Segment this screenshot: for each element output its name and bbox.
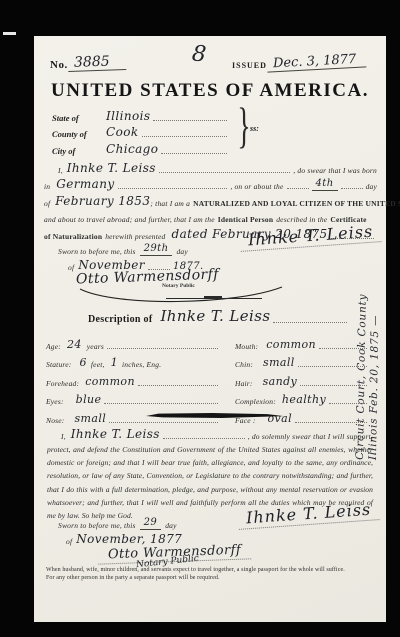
county-value-handwritten: Cook xyxy=(106,125,139,139)
complexion-row: Complexion: healthy xyxy=(235,388,370,407)
birth-day-handwritten: 4th xyxy=(312,178,338,191)
stature-feet-handwritten: 6 xyxy=(79,356,86,369)
dotted-rule xyxy=(118,186,228,189)
dotted-rule xyxy=(107,346,218,349)
dotted-rule xyxy=(138,383,218,386)
state-value-handwritten: Illinois xyxy=(106,109,150,123)
complexion-label: Complexion: xyxy=(235,397,276,406)
affidavit-line-2: in Germany , on or about the 4th day xyxy=(44,175,377,192)
day-label: day xyxy=(165,521,176,530)
chin-row: Chin: small xyxy=(235,351,370,370)
birthplace-handwritten: Germany xyxy=(56,177,114,191)
brace-glyph: } xyxy=(237,100,250,150)
state-row: State of Illinois xyxy=(52,106,230,123)
ss-label: ss: xyxy=(250,124,259,133)
day-label: day xyxy=(366,182,377,191)
dotted-rule xyxy=(153,118,227,121)
state-label: State of xyxy=(52,113,106,123)
feet-label: feet, xyxy=(91,360,105,369)
dotted-rule xyxy=(273,320,347,323)
i-comma: I, xyxy=(61,432,66,441)
age-label: Age: xyxy=(46,342,61,351)
dotted-rule xyxy=(341,186,363,189)
mouth-row: Mouth: common xyxy=(235,332,370,351)
stature-inches-handwritten: 1 xyxy=(111,356,118,369)
stature-label: Stature: xyxy=(46,360,71,369)
travel-clause: and about to travel abroad; and further,… xyxy=(44,215,215,224)
nose-label: Nose: xyxy=(46,416,65,425)
mouth-label: Mouth: xyxy=(235,342,258,351)
inches-label: inches, Eng. xyxy=(122,360,161,369)
jurisdiction-block: State of Illinois County of Cook City of… xyxy=(52,106,230,156)
affidavit-line-4: and about to travel abroad; and further,… xyxy=(44,208,377,225)
dotted-rule xyxy=(109,420,218,423)
forehead-value-handwritten: common xyxy=(85,375,135,388)
no-value-handwritten: 3885 xyxy=(67,53,125,72)
age-value-handwritten: 24 xyxy=(67,338,82,351)
county-label: County of xyxy=(52,129,106,139)
sworn-text: Sworn to before me, this xyxy=(58,521,136,530)
handwritten-paraph: 8 xyxy=(191,41,208,67)
identical-person-bold: Identical Person xyxy=(218,215,274,224)
applicant-signature-second: Ihnke T. Leiss xyxy=(236,504,382,525)
description-name-handwritten: Ihnke T. Leiss xyxy=(160,307,270,325)
sworn-line-1: Sworn to before me, this 29th day xyxy=(58,240,248,256)
face-value-handwritten: oval xyxy=(268,412,293,425)
oath-line-1: I, Ihnke T. Leiss , do solemnly swear th… xyxy=(47,426,373,441)
forehead-label: Forehead: xyxy=(46,379,79,388)
sworn-day-handwritten: 29 xyxy=(140,517,162,530)
sworn-line-1: Sworn to before me, this 29 day xyxy=(58,514,238,530)
hair-row: Hair: sandy xyxy=(235,369,370,388)
oath-first-clause: , do solemnly swear that I will support, xyxy=(248,432,373,441)
scan-artifact xyxy=(3,32,16,35)
stature-row: Stature: 6 feet, 1 inches, Eng. xyxy=(46,351,221,370)
that-i-am: ; that I am a xyxy=(150,199,190,208)
dotted-rule xyxy=(163,436,245,439)
applicant-name-handwritten: Ihnke T. Leiss xyxy=(67,161,156,175)
passport-application-document: No. 3885 8 ISSUED Dec. 3, 1877 UNITED ST… xyxy=(34,36,386,622)
forehead-row: Forehead: common xyxy=(46,369,221,388)
document-title: UNITED STATES OF AMERICA. xyxy=(34,80,386,102)
on-or-about: , on or about the xyxy=(230,182,283,191)
mouth-value-handwritten: common xyxy=(266,338,316,351)
affidavit-line-1: I, Ihnke T. Leiss , do swear that I was … xyxy=(44,158,377,175)
dotted-rule xyxy=(295,420,367,423)
description-left-column: Age: 24 years Stature: 6 feet, 1 inches,… xyxy=(46,332,235,425)
scanned-document-photo: No. 3885 8 ISSUED Dec. 3, 1877 UNITED ST… xyxy=(0,0,400,637)
sworn-text: Sworn to before me, this xyxy=(58,247,136,256)
issued-value-handwritten: Dec. 3, 1877 xyxy=(267,51,367,72)
hair-value-handwritten: sandy xyxy=(263,375,298,388)
footnote-line1: When husband, wife, minor children, and … xyxy=(46,567,378,575)
born-clause: , do swear that I was born xyxy=(293,166,377,175)
city-row: City of Chicago xyxy=(52,139,230,156)
oath-name-handwritten: Ihnke T. Leiss xyxy=(71,427,160,441)
dotted-rule xyxy=(142,134,227,137)
notary-name-handwritten: Otto Warmensdorff xyxy=(76,267,219,288)
day-label: day xyxy=(176,247,187,256)
dotted-rule xyxy=(298,364,367,367)
description-right-column: Mouth: common Chin: small Hair: sandy Co… xyxy=(235,332,370,425)
document-number: No. 3885 xyxy=(50,54,125,71)
described-in: described in the xyxy=(276,215,327,224)
of-label: of xyxy=(44,199,50,208)
complexion-value-handwritten: healthy xyxy=(282,393,326,406)
dotted-rule xyxy=(319,346,367,349)
hair-label: Hair: xyxy=(235,379,253,388)
description-heading: Description of Ihnke T. Leiss xyxy=(88,307,350,325)
no-label: No. xyxy=(50,59,68,71)
dotted-rule xyxy=(104,401,218,404)
issued-label: ISSUED xyxy=(232,61,267,70)
sworn-block-second: Sworn to before me, this 29 day of Novem… xyxy=(58,514,238,546)
i-comma: I, xyxy=(58,166,63,175)
footnote-line2: For any other person in the party a sepa… xyxy=(46,575,378,583)
eyes-value-handwritten: blue xyxy=(76,393,102,406)
age-suffix: years xyxy=(87,342,104,351)
age-row: Age: 24 years xyxy=(46,332,221,351)
chin-label: Chin: xyxy=(235,360,253,369)
chin-value-handwritten: small xyxy=(263,356,295,369)
dotted-rule xyxy=(161,151,227,154)
nose-value-handwritten: small xyxy=(75,412,107,425)
in-label: in xyxy=(44,182,50,191)
county-row: County of Cook xyxy=(52,123,230,140)
city-label: City of xyxy=(52,146,106,156)
citizen-clause-bold: NATURALIZED AND LOYAL CITIZEN OF THE UNI… xyxy=(193,199,400,208)
of-label: of xyxy=(66,537,72,546)
affidavit-line-3: of February 1853 ; that I am a NATURALIZ… xyxy=(44,191,377,208)
sworn-day-handwritten: 29th xyxy=(140,243,173,256)
city-value-handwritten: Chicago xyxy=(106,142,158,156)
eyes-row: Eyes: blue xyxy=(46,388,221,407)
description-table: Age: 24 years Stature: 6 feet, 1 inches,… xyxy=(46,332,370,425)
of-label: of xyxy=(68,263,74,272)
dotted-rule xyxy=(329,401,367,404)
description-label: Description of xyxy=(88,314,152,325)
eyes-label: Eyes: xyxy=(46,397,64,406)
notary-signature-first: Otto Warmensdorff Notary Public xyxy=(76,268,256,305)
dotted-rule xyxy=(287,186,309,189)
dotted-rule xyxy=(300,383,367,386)
birth-month-year-handwritten: February 1853 xyxy=(55,194,150,208)
decorative-rule xyxy=(166,298,262,299)
issued-date: ISSUED Dec. 3, 1877 xyxy=(232,54,366,70)
dotted-rule xyxy=(159,170,290,173)
footnote: When husband, wife, minor children, and … xyxy=(46,567,378,582)
